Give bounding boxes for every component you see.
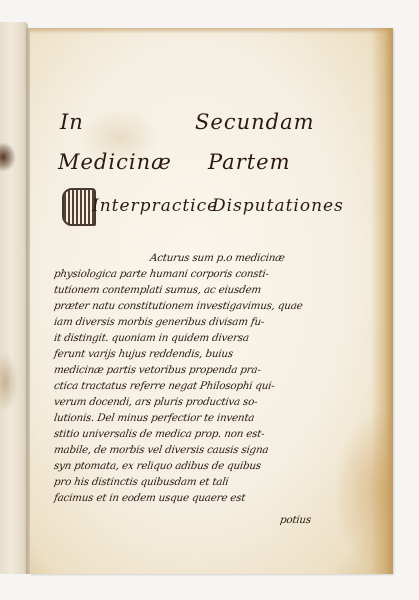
heading-word: Medicinæ: [58, 150, 172, 174]
text-line: medicinæ partis vetoribus propenda pra-: [53, 362, 262, 378]
heading-word: Interpractice: [92, 196, 218, 216]
facing-page: [0, 22, 28, 574]
heading-word: Secundam: [195, 110, 315, 134]
catchword: potius: [279, 512, 312, 528]
text-line: stitio universalis de medica prop. non e…: [53, 426, 266, 442]
heading-word: Disputationes: [212, 196, 344, 216]
heading-word: Partem: [208, 150, 291, 174]
foxing-stain: [0, 352, 18, 412]
text-line: physiologica parte humani corporis const…: [53, 266, 270, 282]
text-line: facimus et in eodem usque quaere est: [53, 490, 247, 506]
decorated-initial: [62, 188, 96, 226]
text-line: tutionem contemplati sumus, ac eiusdem: [53, 282, 262, 298]
heading-word: In: [60, 110, 84, 134]
ink-sketch-fragment: [0, 142, 16, 172]
text-line: verum docendi, ars pluris productiva so-: [53, 394, 259, 410]
text-line: pro his distinctis quibusdam et tali: [53, 474, 230, 490]
text-line: it distingit. quoniam in quidem diversa: [53, 330, 250, 346]
text-line: ctica tractatus referre negat Philosophi…: [53, 378, 276, 394]
text-line: syn ptomata, ex reliquo adibus de quibus: [53, 458, 262, 474]
text-line: præter natu constitutionem investigavimu…: [53, 298, 304, 314]
text-line: ferunt varijs hujus reddendis, buius: [53, 346, 234, 362]
page-edge-top: [30, 28, 393, 34]
manuscript-page: In Secundam Medicinæ Partem Interpractic…: [30, 28, 393, 574]
manuscript-photo: In Secundam Medicinæ Partem Interpractic…: [0, 0, 419, 600]
text-line: mabile, de morbis vel diversis causis si…: [53, 442, 270, 458]
text-line: iam diversis morbis generibus divisam fu…: [53, 314, 266, 330]
page-edge-right: [371, 28, 393, 574]
text-line: lutionis. Del minus perfectior te invent…: [53, 410, 256, 426]
text-line: Acturus sum p.o medicinæ: [149, 250, 286, 266]
